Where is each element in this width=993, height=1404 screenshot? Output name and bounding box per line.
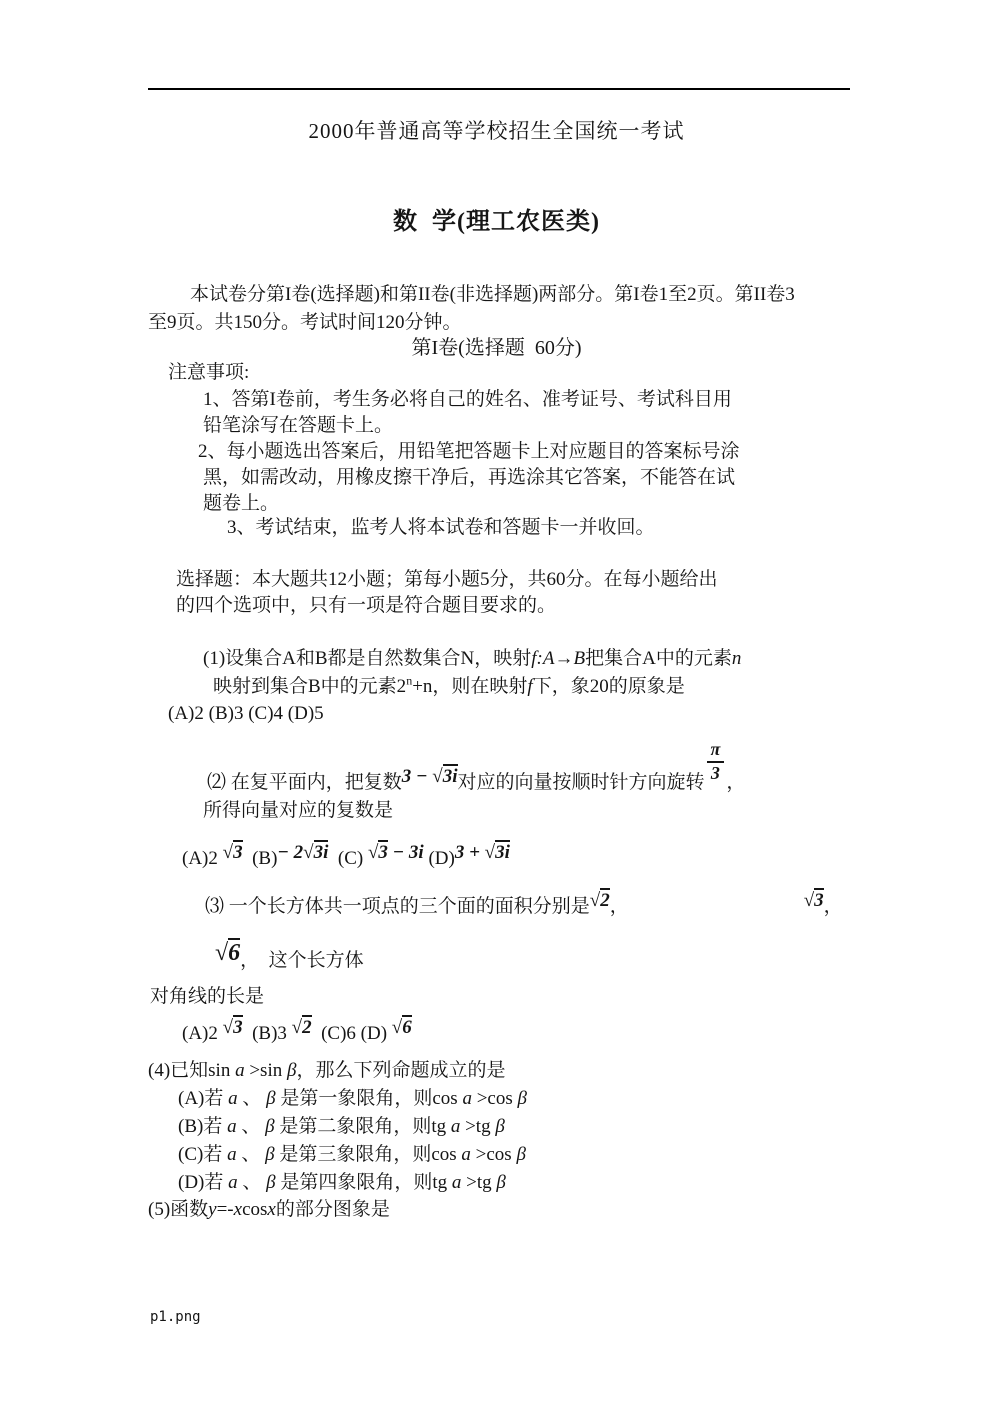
q5-var-y: y <box>208 1199 216 1220</box>
radical-sign: √ <box>392 1017 402 1038</box>
page-title: 2000年普通高等学校招生全国统一考试 <box>0 117 993 145</box>
radical-sign: √ <box>223 1017 233 1038</box>
question-3-line-2: √6， 这个长方体 <box>215 944 364 975</box>
q4-beta: β <box>266 1088 275 1109</box>
q4-text: ，那么下列命题成立的是 <box>296 1060 505 1081</box>
fraction-pi-over-3: π3 <box>707 740 725 784</box>
footer-filename: p1.png <box>150 1303 201 1331</box>
notice-heading: 注意事项: <box>168 359 249 387</box>
q5-var-x: x <box>267 1199 275 1220</box>
question-4-option-c: (C)若 a 、 β 是第三象限角，则cos a >cos β <box>178 1141 526 1169</box>
radicand: 3 <box>233 840 243 862</box>
q1-text: 把集合A中的元素 <box>585 648 732 669</box>
notice-item-2-line-1: 2、每小题选出答案后，用铅笔把答题卡上对应题目的答案标号涂 <box>198 438 740 466</box>
q2-math: 3 − <box>402 766 433 787</box>
radicand: 3 <box>233 1015 243 1037</box>
notice-item-3: 3、考试结束，监考人将本试卷和答题卡一并收回。 <box>227 514 655 542</box>
radicand: 6 <box>228 938 240 965</box>
q4-text: 是第三象限角，则cos <box>275 1144 462 1165</box>
q3-text: ， 这个长方体 <box>240 950 364 971</box>
question-3-answers: (A)2 √3 (B)3 √2 (C)6 (D) √6 <box>182 1020 412 1048</box>
q3-answer-b-label: (B)3 <box>243 1023 292 1044</box>
instructions-line-1: 选择题：本大题共12小题；第每小题5分，共60分。在每小题给出 <box>176 566 718 594</box>
q4-beta: β <box>518 1088 527 1109</box>
q3-answer-a-math: √3 <box>223 1017 243 1038</box>
q4-beta: β <box>496 1172 505 1193</box>
q4-alpha: a <box>227 1144 237 1165</box>
question-1-answers: (A)2 (B)3 (C)4 (D)5 <box>168 700 324 728</box>
q4-text: >cos <box>472 1088 518 1109</box>
q3-answer-c-d-label: (C)6 (D) <box>312 1023 392 1044</box>
question-3-line-1: ⑶ 一个长方体共一项点的三个面的面积分别是√2，√3， <box>205 893 843 921</box>
q4-alpha: a <box>227 1116 237 1137</box>
question-1-line-1: (1)设集合A和B都是自然数集合N，映射f:A→B把集合A中的元素n <box>203 645 741 673</box>
q4-text: (C)若 <box>178 1144 227 1165</box>
q3-text: ， <box>610 896 629 917</box>
instructions-line-2: 的四个选项中，只有一项是符合题目要求的。 <box>176 592 556 620</box>
q4-text: 是第二象限角，则tg <box>275 1116 451 1137</box>
q1-text: 下，象20的原象是 <box>533 676 685 697</box>
q4-text: >tg <box>460 1116 495 1137</box>
radical-sign: √ <box>368 842 378 863</box>
q1-var-n: n <box>732 648 742 669</box>
q4-text: 、 <box>238 1172 267 1193</box>
question-5-line: (5)函数y=-xcosx的部分图象是 <box>148 1196 390 1224</box>
subject-title: 数 学(理工农医类) <box>0 208 993 236</box>
q3-sqrt-3: √3 <box>804 890 824 911</box>
q4-text: 、 <box>237 1116 266 1137</box>
q4-text: 是第四象限角，则tg <box>276 1172 452 1193</box>
q4-text: >cos <box>471 1144 517 1165</box>
q2-text: ， <box>726 772 745 793</box>
q3-answer-d-math: √6 <box>392 1017 412 1038</box>
q5-text: cos <box>242 1199 267 1220</box>
q4-beta: β <box>265 1116 274 1137</box>
q2-math: − 2 <box>277 842 303 863</box>
exam-paper-page: 2000年普通高等学校招生全国统一考试 数 学(理工农医类) 本试卷分第I卷(选… <box>0 0 993 1404</box>
q4-text: (4)已知sin <box>148 1060 235 1081</box>
q2-answer-b-label: (B) <box>243 848 278 869</box>
q4-text: 、 <box>238 1088 267 1109</box>
q2-answer-c-label: (C) <box>328 848 368 869</box>
q4-alpha: a <box>461 1144 471 1165</box>
q2-text: ⑵ 在复平面内，把复数 <box>207 772 402 793</box>
radical-sign: √ <box>223 842 233 863</box>
q2-radicand: 3i <box>443 764 458 786</box>
q4-alpha: a <box>462 1088 472 1109</box>
q5-text: 的部分图象是 <box>276 1199 390 1220</box>
q3-answer-b-math: √2 <box>292 1017 312 1038</box>
q3-text: ⑶ 一个长方体共一项点的三个面的面积分别是 <box>205 896 590 917</box>
fraction-numerator: π <box>707 740 725 763</box>
q3-answer-a-label: (A)2 <box>182 1023 223 1044</box>
q5-text: =- <box>217 1199 234 1220</box>
q2-answer-b-math: − 2√3i <box>277 842 328 863</box>
question-4-option-b: (B)若 a 、 β 是第二象限角，则tg a >tg β <box>178 1113 505 1141</box>
q4-beta: β <box>265 1144 274 1165</box>
q1-text: +n，则在映射 <box>412 676 527 697</box>
q2-text: 对应的向量按顺时针方向旋转 <box>458 772 705 793</box>
q4-text: >sin <box>245 1060 287 1081</box>
q4-text: (A)若 <box>178 1088 228 1109</box>
q5-text: (5)函数 <box>148 1199 208 1220</box>
radicand: 2 <box>600 888 610 910</box>
question-1-line-2: 映射到集合B中的元素2n+n，则在映射f下，象20的原象是 <box>213 673 685 701</box>
q2-answer-d-label: (D) <box>424 848 455 869</box>
question-2-answers: (A)2 √3 (B)− 2√3i (C) √3 − 3i (D)3 + √3i <box>182 845 510 873</box>
q4-alpha: a <box>452 1172 462 1193</box>
q4-beta: β <box>266 1172 275 1193</box>
radical-sign: √ <box>485 842 495 863</box>
q4-beta: β <box>516 1144 525 1165</box>
radicand: 2 <box>302 1015 312 1037</box>
radical-sign: √ <box>303 842 313 863</box>
q4-alpha: a <box>235 1060 245 1081</box>
q4-alpha: a <box>228 1088 238 1109</box>
q2-math: − 3i <box>388 842 424 863</box>
notice-item-1-line-2: 铅笔涂写在答题卡上。 <box>203 412 393 440</box>
q2-answer-a-math: √3 <box>223 842 243 863</box>
intro-line-2: 至9页。共150分。考试时间120分钟。 <box>148 309 462 337</box>
question-4-line-1: (4)已知sin a >sin β，那么下列命题成立的是 <box>148 1057 505 1085</box>
q2-complex-number: 3 − √3i <box>402 766 458 787</box>
notice-item-1-line-1: 1、答第I卷前，考生务必将自己的姓名、准考证号、考试科目用 <box>203 386 732 414</box>
radical-sign: √ <box>804 890 814 911</box>
radicand: 3i <box>314 840 329 862</box>
q2-math: 3 + <box>455 842 485 863</box>
q3-sqrt-6: √6 <box>215 940 240 966</box>
fraction-denominator: 3 <box>707 763 725 784</box>
intro-line-1: 本试卷分第I卷(选择题)和第II卷(非选择题)两部分。第I卷1至2页。第II卷3 <box>190 281 795 309</box>
question-2-line-2: 所得向量对应的复数是 <box>203 797 393 825</box>
q3-sqrt-2: √2 <box>590 890 610 911</box>
radical-sign: √ <box>215 940 228 966</box>
q3-text: ， <box>824 896 843 917</box>
radicand: 3 <box>814 888 824 910</box>
q4-text: 是第一象限角，则cos <box>276 1088 463 1109</box>
q1-text: 映射到集合B中的元素2 <box>213 676 406 697</box>
radical-sign: √ <box>590 890 600 911</box>
question-4-option-a: (A)若 a 、 β 是第一象限角，则cos a >cos β <box>178 1085 527 1113</box>
notice-item-2-line-2: 黑，如需改动，用橡皮擦干净后，再选涂其它答案，不能答在试 <box>203 464 735 492</box>
question-3-line-3: 对角线的长是 <box>150 983 264 1011</box>
q4-text: (B)若 <box>178 1116 227 1137</box>
radicand: 3i <box>495 840 510 862</box>
radical-sign: √ <box>432 766 442 787</box>
q2-answer-c-math: √3 − 3i <box>368 842 424 863</box>
q1-text: (1)设集合A和B都是自然数集合N，映射 <box>203 648 531 669</box>
q1-mapping-formula: f:A→B <box>531 648 585 669</box>
q2-answer-a-label: (A)2 <box>182 848 223 869</box>
q4-alpha: a <box>228 1172 238 1193</box>
q4-text: >tg <box>461 1172 496 1193</box>
q5-var-x: x <box>234 1199 242 1220</box>
radicand: 3 <box>378 840 388 862</box>
q4-text: (D)若 <box>178 1172 228 1193</box>
question-4-option-d: (D)若 a 、 β 是第四象限角，则tg a >tg β <box>178 1169 506 1197</box>
q4-beta: β <box>495 1116 504 1137</box>
q2-answer-d-math: 3 + √3i <box>455 842 510 863</box>
q4-text: 、 <box>237 1144 266 1165</box>
radicand: 6 <box>402 1015 412 1037</box>
q4-alpha: a <box>451 1116 461 1137</box>
radical-sign: √ <box>292 1017 302 1038</box>
header-rule <box>148 88 850 90</box>
section-title: 第I卷(选择题 60分) <box>0 334 993 362</box>
